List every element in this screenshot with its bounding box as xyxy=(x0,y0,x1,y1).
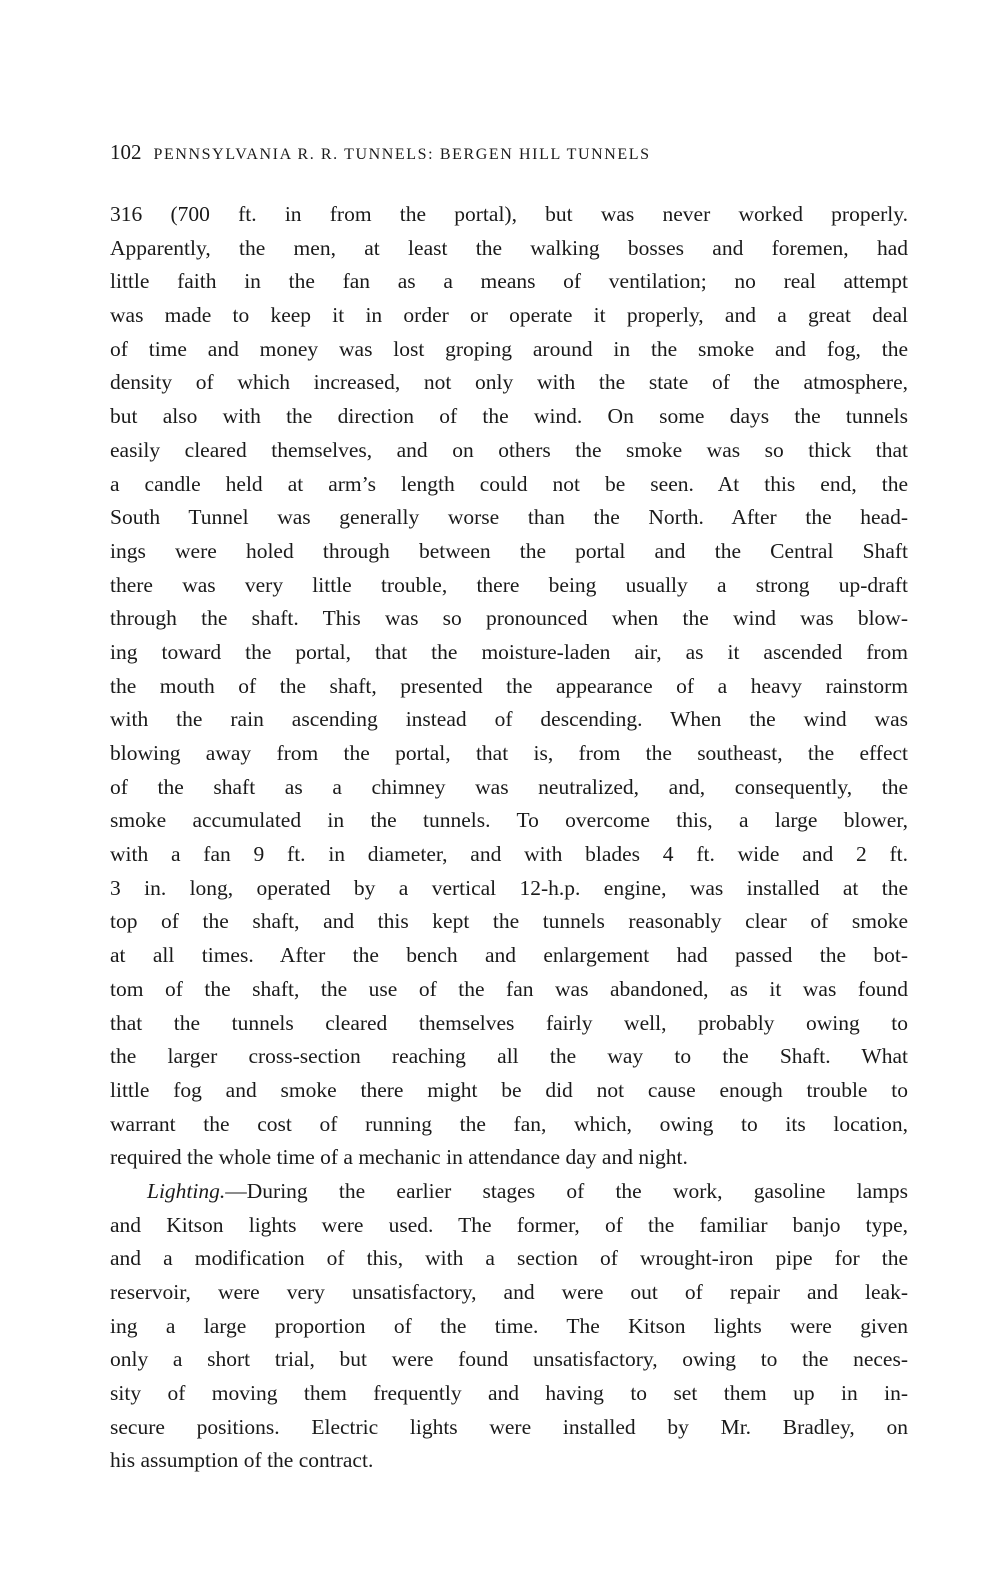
text-line: little faith in the fan as a means of ve… xyxy=(110,265,908,299)
text-line: with a fan 9 ft. in diameter, and with b… xyxy=(110,838,908,872)
text-line: little fog and smoke there might be did … xyxy=(110,1074,908,1108)
first-line-text: —During the earlier stages of the work, … xyxy=(225,1179,908,1203)
paragraph-ventilation: 316 (700 ft. in from the portal), but wa… xyxy=(110,198,908,1175)
text-line: only a short trial, but were found unsat… xyxy=(110,1343,908,1377)
text-line: Lighting.—During the earlier stages of t… xyxy=(110,1175,908,1209)
text-line: smoke accumulated in the tunnels. To ove… xyxy=(110,804,908,838)
text-line: 3 in. long, operated by a vertical 12-h.… xyxy=(110,872,908,906)
text-line: the larger cross-section reaching all th… xyxy=(110,1040,908,1074)
section-heading-lighting: Lighting. xyxy=(147,1179,225,1203)
text-line: Apparently, the men, at least the walkin… xyxy=(110,232,908,266)
book-page: 102 PENNSYLVANIA R. R. TUNNELS: BERGEN H… xyxy=(110,140,908,1478)
text-line: with the rain ascending instead of desce… xyxy=(110,703,908,737)
text-line: tom of the shaft, the use of the fan was… xyxy=(110,973,908,1007)
text-line: 316 (700 ft. in from the portal), but wa… xyxy=(110,198,908,232)
text-line: ing toward the portal, that the moisture… xyxy=(110,636,908,670)
text-line: required the whole time of a mechanic in… xyxy=(110,1141,908,1175)
text-line: was made to keep it in order or operate … xyxy=(110,299,908,333)
running-title: PENNSYLVANIA R. R. TUNNELS: BERGEN HILL … xyxy=(154,146,651,164)
paragraph-lighting: Lighting.—During the earlier stages of t… xyxy=(110,1175,908,1478)
text-line: a candle held at arm’s length could not … xyxy=(110,468,908,502)
text-line: of the shaft as a chimney was neutralize… xyxy=(110,771,908,805)
text-line: top of the shaft, and this kept the tunn… xyxy=(110,905,908,939)
text-line: reservoir, were very unsatisfactory, and… xyxy=(110,1276,908,1310)
text-line: easily cleared themselves, and on others… xyxy=(110,434,908,468)
text-line: warrant the cost of running the fan, whi… xyxy=(110,1108,908,1142)
body-text: 316 (700 ft. in from the portal), but wa… xyxy=(110,198,908,1478)
text-line: South Tunnel was generally worse than th… xyxy=(110,501,908,535)
text-line: ing a large proportion of the time. The … xyxy=(110,1310,908,1344)
text-line: his assumption of the contract. xyxy=(110,1444,908,1478)
text-line: through the shaft. This was so pronounce… xyxy=(110,602,908,636)
text-line: at all times. After the bench and enlarg… xyxy=(110,939,908,973)
text-line: but also with the direction of the wind.… xyxy=(110,400,908,434)
text-line: density of which increased, not only wit… xyxy=(110,366,908,400)
text-line: there was very little trouble, there bei… xyxy=(110,569,908,603)
text-line: blowing away from the portal, that is, f… xyxy=(110,737,908,771)
text-line: ings were holed through between the port… xyxy=(110,535,908,569)
text-line: of time and money was lost groping aroun… xyxy=(110,333,908,367)
text-line: the mouth of the shaft, presented the ap… xyxy=(110,670,908,704)
text-line: sity of moving them frequently and havin… xyxy=(110,1377,908,1411)
running-head: 102 PENNSYLVANIA R. R. TUNNELS: BERGEN H… xyxy=(110,140,908,174)
page-number: 102 xyxy=(110,140,142,165)
text-line: that the tunnels cleared themselves fair… xyxy=(110,1007,908,1041)
text-line: and a modification of this, with a secti… xyxy=(110,1242,908,1276)
text-line: secure positions. Electric lights were i… xyxy=(110,1411,908,1445)
text-line: and Kitson lights were used. The former,… xyxy=(110,1209,908,1243)
